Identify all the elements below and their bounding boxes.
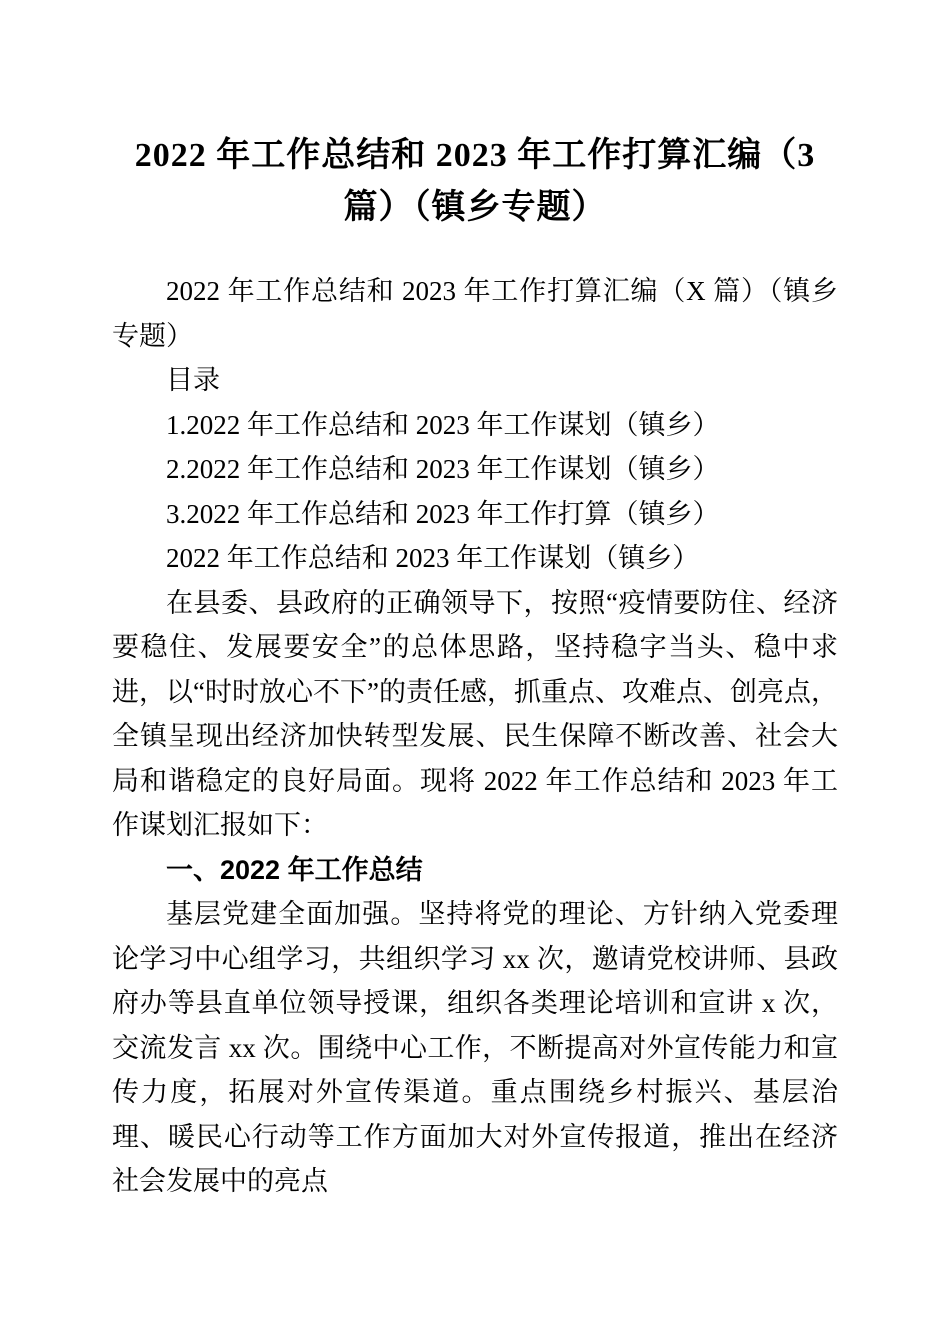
toc-item-1: 1.2022 年工作总结和 2023 年工作谋划（镇乡） bbox=[112, 403, 838, 448]
toc-item-2: 2.2022 年工作总结和 2023 年工作谋划（镇乡） bbox=[112, 447, 838, 492]
document-page: 2022 年工作总结和 2023 年工作打算汇编（3 篇）（镇乡专题） 2022… bbox=[0, 0, 950, 1344]
toc-heading: 目录 bbox=[112, 358, 838, 403]
document-title: 2022 年工作总结和 2023 年工作打算汇编（3 篇）（镇乡专题） bbox=[122, 130, 828, 234]
toc-item-3: 3.2022 年工作总结和 2023 年工作打算（镇乡） bbox=[112, 492, 838, 537]
body-paragraph-overview: 在县委、县政府的正确领导下，按照“疫情要防住、经济要稳住、发展要安全”的总体思路… bbox=[112, 581, 838, 848]
article-title: 2022 年工作总结和 2023 年工作谋划（镇乡） bbox=[112, 536, 838, 581]
section-heading: 一、2022 年工作总结 bbox=[112, 848, 838, 893]
document-body: 2022 年工作总结和 2023 年工作打算汇编（X 篇）（镇乡专题） 目录 1… bbox=[112, 269, 838, 1204]
intro-paragraph: 2022 年工作总结和 2023 年工作打算汇编（X 篇）（镇乡专题） bbox=[112, 269, 838, 358]
body-paragraph-detail: 基层党建全面加强。坚持将党的理论、方针纳入党委理论学习中心组学习，共组织学习 x… bbox=[112, 892, 838, 1204]
